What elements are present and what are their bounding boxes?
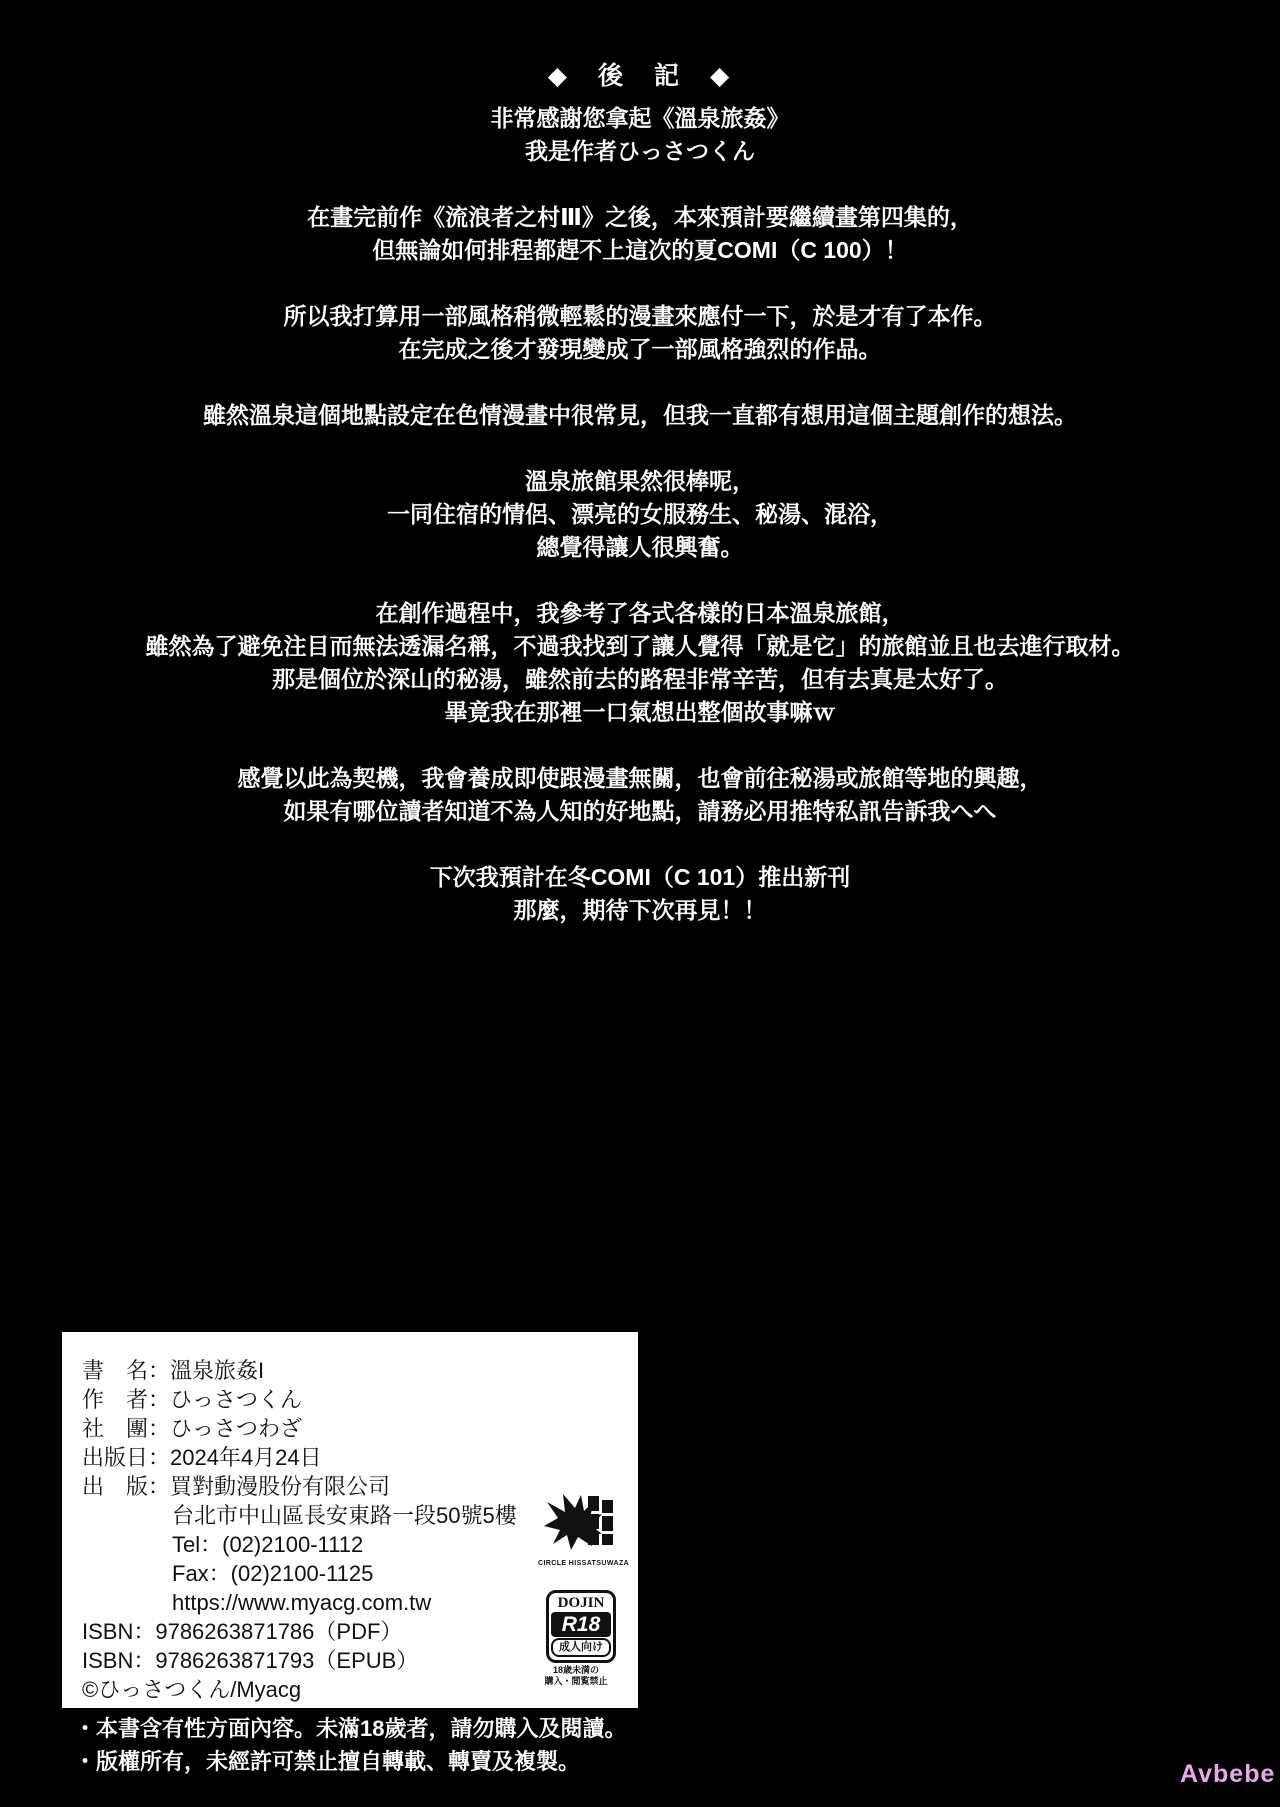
afterword-line: 下次我預計在冬COMI（C 101）推出新刊: [0, 861, 1280, 894]
circle-logo-caption: CIRCLE HISSATSUWAZA: [538, 1560, 622, 1567]
circle-logo: CIRCLE HISSATSUWAZA: [538, 1492, 622, 1567]
dojin-label: DOJIN: [551, 1595, 611, 1611]
colophon-row: ©ひっさつくん/Myacg: [82, 1675, 517, 1704]
afterword-line: [0, 366, 1280, 399]
colophon-row: https://www.myacg.com.tw: [82, 1588, 517, 1617]
afterword-line: [0, 168, 1280, 201]
colophon-row: 台北市中山區長安東路一段50號5樓: [82, 1501, 517, 1530]
afterword-line: 所以我打算用一部風格稍微輕鬆的漫畫來應付一下，於是才有了本作。: [0, 300, 1280, 333]
colophon-box: 書 名：溫泉旅姦I作 者：ひっさつくん社 團：ひっさつわざ出版日：2024年4月…: [62, 1332, 638, 1708]
afterword-line: 在創作過程中，我參考了各式各樣的日本溫泉旅館，: [0, 597, 1280, 630]
afterword-text: 非常感謝您拿起《溫泉旅姦》我是作者ひっさつくん在畫完前作《流浪者之村Ⅲ》之後，本…: [0, 102, 1280, 927]
colophon-row: 社 團：ひっさつわざ: [82, 1414, 517, 1443]
colophon-row: Tel：(02)2100-1112: [82, 1530, 517, 1559]
colophon-row: 出 版：買對動漫股份有限公司: [82, 1472, 517, 1501]
afterword-title: ◆ 後 記 ◆: [0, 56, 1280, 92]
r18-badge: DOJIN R18 成人向け: [546, 1590, 616, 1663]
colophon-row: ISBN：9786263871786（PDF）: [82, 1617, 517, 1646]
r18-note-line1: 18歳未満の: [530, 1665, 622, 1676]
colophon-row: 出版日：2024年4月24日: [82, 1443, 517, 1472]
footer-note: ・本書含有性方面內容。未滿18歲者，請勿購入及閱讀。: [74, 1712, 626, 1745]
colophon-row: Fax：(02)2100-1125: [82, 1559, 517, 1588]
watermark: Avbebe: [1180, 1760, 1275, 1789]
colophon-row: ISBN：9786263871793（EPUB）: [82, 1646, 517, 1675]
afterword-line: [0, 432, 1280, 465]
footer-note: ・版權所有，未經許可禁止擅自轉載、轉賣及複製。: [74, 1745, 626, 1778]
afterword-line: 雖然為了避免注目而無法透漏名稱，不過我找到了讓人覺得「就是它」的旅館並且也去進行…: [0, 630, 1280, 663]
colophon-row: 書 名：溫泉旅姦I: [82, 1356, 517, 1385]
afterword-line: 如果有哪位讀者知道不為人知的好地點，請務必用推特私訊告訴我へへ: [0, 795, 1280, 828]
afterword-line: 但無論如何排程都趕不上這次的夏COMI（C 100）！: [0, 234, 1280, 267]
afterword-line: 在完成之後才發現變成了一部風格強烈的作品。: [0, 333, 1280, 366]
afterword-line: 那是個位於深山的秘湯，雖然前去的路程非常辛苦，但有去真是太好了。: [0, 663, 1280, 696]
afterword-line: [0, 729, 1280, 762]
circle-hissatsuwaza-logo-icon: [542, 1492, 618, 1554]
colophon-rows: 書 名：溫泉旅姦I作 者：ひっさつくん社 團：ひっさつわざ出版日：2024年4月…: [82, 1356, 517, 1704]
afterword-line: 在畫完前作《流浪者之村Ⅲ》之後，本來預計要繼續畫第四集的，: [0, 201, 1280, 234]
afterword-line: 總覺得讓人很興奮。: [0, 531, 1280, 564]
afterword-line: 畢竟我在那裡一口氣想出整個故事嘛ｗ: [0, 696, 1280, 729]
r18-note-line2: 購入・閲覧禁止: [530, 1676, 622, 1687]
afterword-line: 溫泉旅館果然很棒呢，: [0, 465, 1280, 498]
afterword-line: [0, 564, 1280, 597]
r18-label: R18: [551, 1612, 611, 1637]
afterword-line: [0, 267, 1280, 300]
afterword-line: 非常感謝您拿起《溫泉旅姦》: [0, 102, 1280, 135]
afterword-line: 雖然溫泉這個地點設定在色情漫畫中很常見，但我一直都有想用這個主題創作的想法。: [0, 399, 1280, 432]
afterword-page: ◆ 後 記 ◆ 非常感謝您拿起《溫泉旅姦》我是作者ひっさつくん在畫完前作《流浪者…: [0, 0, 1280, 1807]
adult-only-label: 成人向け: [551, 1638, 611, 1657]
footer-notes: ・本書含有性方面內容。未滿18歲者，請勿購入及閱讀。・版權所有，未經許可禁止擅自…: [74, 1712, 626, 1778]
r18-restriction-note: 18歳未満の 購入・閲覧禁止: [530, 1665, 622, 1687]
colophon-row: 作 者：ひっさつくん: [82, 1385, 517, 1414]
afterword-line: 我是作者ひっさつくん: [0, 135, 1280, 168]
afterword-line: [0, 828, 1280, 861]
afterword-line: 一同住宿的情侶、漂亮的女服務生、秘湯、混浴，: [0, 498, 1280, 531]
afterword-line: 感覺以此為契機，我會養成即使跟漫畫無關，也會前往秘湯或旅館等地的興趣，: [0, 762, 1280, 795]
afterword-line: 那麼，期待下次再見！！: [0, 894, 1280, 927]
